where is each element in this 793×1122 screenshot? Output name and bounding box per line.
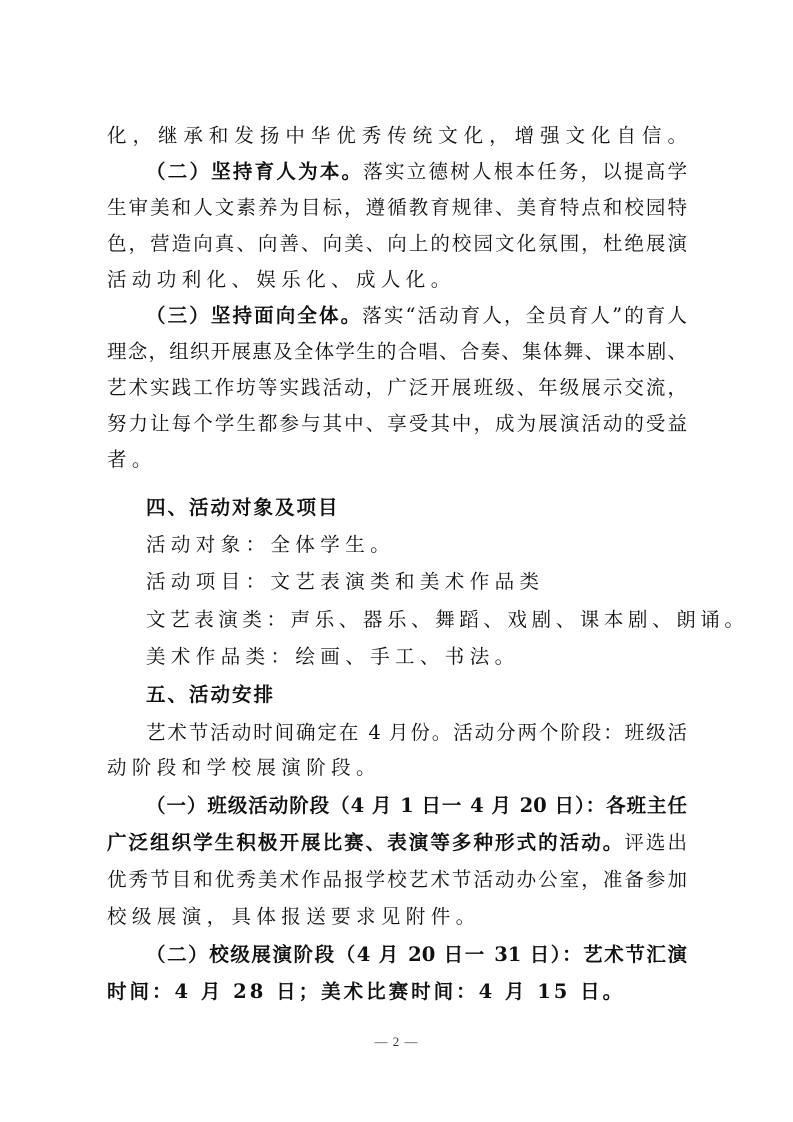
paragraph-line: 艺术节活动时间确定在 4 月份。活动分两个阶段：班级活: [146, 719, 687, 747]
paragraph-line: （三）坚持面向全体。落实“活动育人，全员育人”的育人: [146, 302, 687, 330]
page-number: — 2 —: [0, 1034, 793, 1050]
section-heading-4: 四、活动对象及项目: [146, 494, 687, 522]
document-page: 化，继承和发扬中华优秀传统文化，增强文化自信。 （二）坚持育人为本。落实立德树人…: [0, 0, 793, 1122]
paragraph-line: 优秀节目和优秀美术作品报学校艺术节活动办公室，准备参加: [107, 866, 687, 894]
activity-items: 活动项目：文艺表演类和美术作品类: [146, 568, 687, 596]
paragraph-line: 化，继承和发扬中华优秀传统文化，增强文化自信。: [107, 122, 687, 150]
stage-1-heading: （一）班级活动阶段（4 月 1 日一 4 月 20 日）：各班主任: [146, 792, 687, 820]
stage-1-text: 评选出: [624, 831, 687, 854]
paragraph-line: 艺术实践工作坊等实践活动，广泛开展班级、年级展示交流，: [107, 374, 687, 402]
art-categories: 美术作品类：绘画、手工、书法。: [146, 643, 687, 671]
paragraph-line: 校级展演，具体报送要求见附件。: [107, 903, 687, 931]
paragraph-line: 广泛组织学生积极开展比赛、表演等多种形式的活动。评选出: [107, 829, 687, 857]
principle-2-text: 落实立德树人根本任务，以提高学: [363, 160, 687, 183]
paragraph-line: （二）坚持育人为本。落实立德树人根本任务，以提高学: [146, 158, 687, 186]
paragraph-line: 色，营造向真、向善、向美、向上的校园文化氛围，杜绝展演: [107, 230, 687, 258]
principle-3-heading: （三）坚持面向全体。: [146, 304, 362, 327]
activity-target: 活动对象：全体学生。: [146, 531, 687, 559]
stage-2-dates: 时间：4 月 28 日；美术比赛时间：4 月 15 日。: [107, 978, 687, 1006]
stage-1-bold-text: 广泛组织学生积极开展比赛、表演等多种形式的活动。: [107, 831, 624, 854]
paragraph-line: 努力让每个学生都参与其中、享受其中，成为展演活动的受益: [107, 410, 687, 438]
paragraph-line: 活动功利化、娱乐化、成人化。: [107, 266, 687, 294]
paragraph-line: 理念，组织开展惠及全体学生的合唱、合奏、集体舞、课本剧、: [107, 338, 687, 366]
principle-2-heading: （二）坚持育人为本。: [146, 160, 363, 183]
stage-2-heading: （二）校级展演阶段（4 月 20 日一 31 日）：艺术节汇演: [146, 941, 687, 969]
section-heading-5: 五、活动安排: [146, 681, 687, 709]
paragraph-line: 者。: [107, 446, 687, 474]
paragraph-line: 生审美和人文素养为目标，遵循教育规律、美育特点和校园特: [107, 194, 687, 222]
performance-categories: 文艺表演类：声乐、器乐、舞蹈、戏剧、课本剧、朗诵。: [146, 606, 687, 634]
paragraph-line: 动阶段和学校展演阶段。: [107, 754, 687, 782]
principle-3-text: 落实“活动育人，全员育人”的育人: [362, 304, 687, 327]
